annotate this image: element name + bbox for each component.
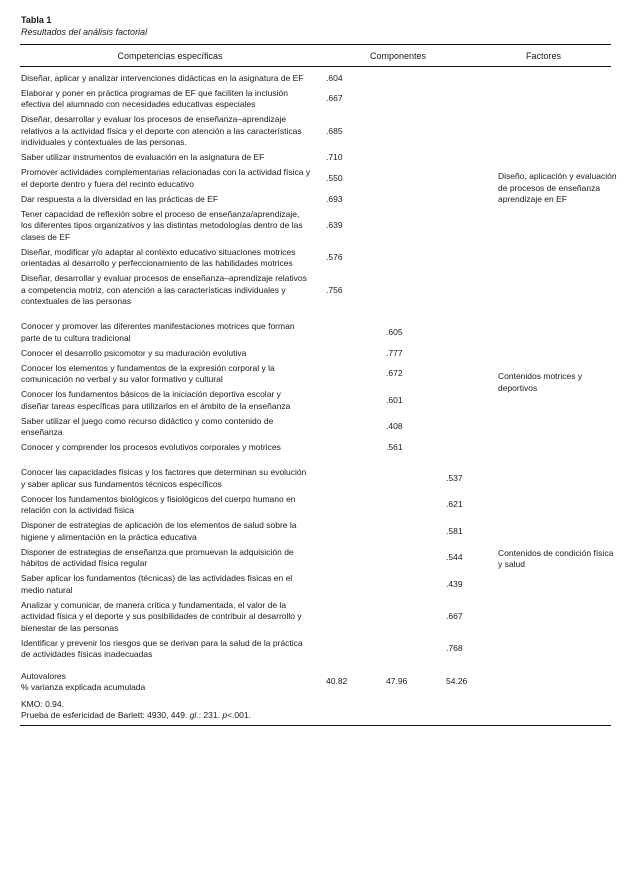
variance-label: % varianza explicada acumulada (21, 682, 311, 694)
loading-cell-2: .408 (386, 421, 446, 433)
loading-cell-2: .672 (386, 368, 446, 380)
competency-text: Identificar y prevenir los riesgos que s… (20, 638, 311, 661)
competency-text: Saber utilizar instrumentos de evaluació… (20, 152, 311, 164)
loading-cell-1: .576 (326, 252, 386, 264)
competency-text: Elaborar y poner en práctica programas d… (20, 88, 311, 111)
loading-cell-1: .693 (326, 194, 386, 206)
factor-label: Contenidos motrices y deportivos (498, 371, 618, 394)
competency-text: Conocer los fundamentos biológicos y fis… (20, 494, 311, 517)
header-competencias: Competencias específicas (20, 51, 320, 61)
loading-cell-1: .685 (326, 126, 386, 138)
loading-cell-3: .667 (446, 611, 506, 623)
loading-cell-3: .439 (446, 579, 506, 591)
table-row: Saber utilizar instrumentos de evaluació… (20, 151, 611, 166)
table-row: Diseñar, desarrollar y evaluar procesos … (20, 272, 611, 310)
loading-cell-3: .621 (446, 499, 506, 511)
table-row: Conocer el desarrollo psicomotor y su ma… (20, 346, 611, 361)
competency-text: Saber utilizar el juego como recurso did… (20, 416, 311, 439)
competency-text: Disponer de estrategias de aplicación de… (20, 520, 311, 543)
table-header: Competencias específicas Componentes Fac… (20, 45, 611, 67)
factor-group: Conocer y promover las diferentes manife… (20, 310, 611, 456)
table-row: Identificar y prevenir los riesgos que s… (20, 636, 611, 663)
kmo-note: KMO: 0.94. (21, 699, 611, 711)
table-row: Conocer y comprender los procesos evolut… (20, 441, 611, 456)
table-footer: Autovalores % varianza explicada acumula… (20, 663, 611, 725)
factor-label: Contenidos de condición física y salud (498, 548, 618, 571)
competency-text: Conocer y comprender los procesos evolut… (20, 442, 311, 454)
table-row: Tener capacidad de reflexión sobre el pr… (20, 207, 611, 245)
competency-text: Tener capacidad de reflexión sobre el pr… (20, 209, 311, 244)
competency-text: Dar respuesta a la diversidad en las prá… (20, 194, 311, 206)
competency-text: Disponer de estrategias de enseñanza que… (20, 547, 311, 570)
variance-value-2: 47.96 (386, 676, 446, 688)
loading-cell-2: .561 (386, 442, 446, 454)
competency-text: Diseñar, desarrollar y evaluar procesos … (20, 273, 311, 308)
competency-text: Diseñar, desarrollar y evaluar los proce… (20, 114, 311, 149)
loading-cell-1: .550 (326, 173, 386, 185)
table-row: Saber aplicar los fundamentos (técnicas)… (20, 572, 611, 599)
loading-cell-1: .604 (326, 73, 386, 85)
table-subtitle: Resultados del análisis factorial (21, 26, 147, 38)
table-row: Diseñar, desarrollar y evaluar los proce… (20, 113, 611, 151)
factor-group: Conocer las capacidades físicas y los fa… (20, 456, 611, 663)
competency-text: Promover actividades complementarias rel… (20, 167, 311, 190)
table-body: Diseñar, aplicar y analizar intervencion… (20, 67, 611, 663)
factor-group: Diseñar, aplicar y analizar intervencion… (20, 67, 611, 310)
competency-text: Conocer y promover las diferentes manife… (20, 321, 311, 344)
competency-text: Conocer los fundamentos básicos de la in… (20, 389, 311, 412)
loading-cell-3: .768 (446, 643, 506, 655)
table-row: Saber utilizar el juego como recurso did… (20, 414, 611, 441)
table-row: Diseñar, aplicar y analizar intervencion… (20, 71, 611, 86)
loading-cell-2: .605 (386, 327, 446, 339)
table-row: Conocer los fundamentos biológicos y fis… (20, 492, 611, 519)
table-row: Elaborar y poner en práctica programas d… (20, 86, 611, 113)
competency-text: Conocer el desarrollo psicomotor y su ma… (20, 348, 311, 360)
competency-text: Conocer las capacidades físicas y los fa… (20, 467, 311, 490)
table-label: Tabla 1 (21, 14, 147, 26)
loading-cell-2: .777 (386, 348, 446, 360)
variance-value-1: 40.82 (326, 676, 386, 688)
header-factores: Factores (476, 51, 611, 61)
variance-row: Autovalores % varianza explicada acumula… (20, 671, 611, 694)
loading-cell-1: .639 (326, 220, 386, 232)
variance-labels: Autovalores % varianza explicada acumula… (20, 671, 311, 694)
table-row: Analizar y comunicar, de manera crítica … (20, 598, 611, 636)
loading-cell-1: .710 (326, 152, 386, 164)
competency-text: Analizar y comunicar, de manera crítica … (20, 600, 311, 635)
loading-cell-3: .581 (446, 526, 506, 538)
factor-label: Diseño, aplicación y evaluación de proce… (498, 171, 618, 206)
loading-cell-3: .544 (446, 552, 506, 564)
eigenvalues-label: Autovalores (21, 671, 311, 683)
competency-text: Diseñar, aplicar y analizar intervencion… (20, 73, 311, 85)
loading-cell-2: .601 (386, 395, 446, 407)
header-componentes: Componentes (320, 51, 476, 61)
competency-text: Diseñar, modificar y/o adaptar al contex… (20, 247, 311, 270)
table-row: Conocer las capacidades físicas y los fa… (20, 466, 611, 493)
loading-cell-1: .756 (326, 285, 386, 297)
table-row: Conocer y promover las diferentes manife… (20, 320, 611, 347)
table-caption: Tabla 1 Resultados del análisis factoria… (21, 14, 147, 38)
competency-text: Conocer los elementos y fundamentos de l… (20, 363, 311, 386)
table-row: Disponer de estrategias de aplicación de… (20, 519, 611, 546)
table-notes: KMO: 0.94. Prueba de esfericidad de Barl… (20, 694, 611, 725)
variance-value-3: 54.26 (446, 676, 506, 688)
loading-cell-1: .667 (326, 93, 386, 105)
table-row: Diseñar, modificar y/o adaptar al contex… (20, 245, 611, 272)
competency-text: Saber aplicar los fundamentos (técnicas)… (20, 573, 311, 596)
bartlett-note: Prueba de esfericidad de Barlett: 4930, … (21, 710, 611, 722)
factor-analysis-table: Competencias específicas Componentes Fac… (20, 44, 611, 726)
loading-cell-3: .537 (446, 473, 506, 485)
